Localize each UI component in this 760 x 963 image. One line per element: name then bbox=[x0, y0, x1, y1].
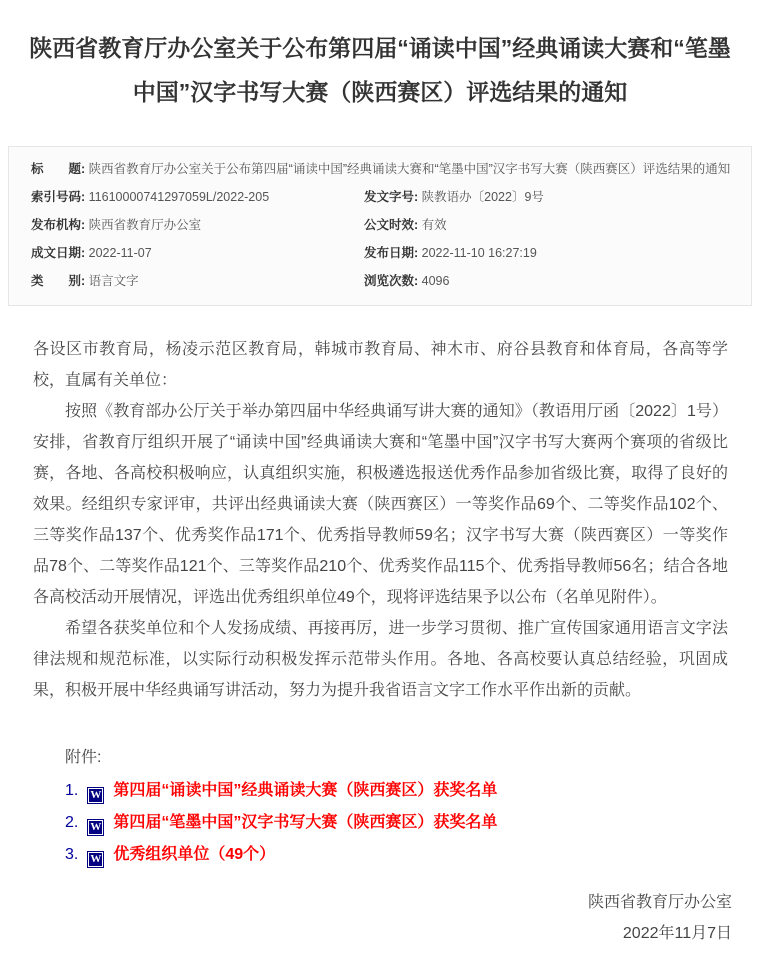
meta-value-title: 陕西省教育厅办公室关于公布第四届“诵读中国”经典诵读大赛和“笔墨中国”汉字书写大… bbox=[89, 162, 731, 176]
meta-label-doc-number: 发文字号: bbox=[364, 190, 418, 204]
meta-value-written-date: 2022-11-07 bbox=[89, 246, 152, 260]
body-paragraph-results: 按照《教育部办公厅关于举办第四届中华经典诵写讲大赛的通知》（教语用厅函〔2022… bbox=[33, 396, 728, 613]
attachment-link-handwriting-winners[interactable]: 第四届“笔墨中国”汉字书写大赛（陕西赛区）获奖名单 bbox=[113, 814, 497, 831]
metadata-grid: 索引号码: 11610000741297059L/2022-205 发文字号: … bbox=[31, 183, 731, 295]
word-doc-icon: W bbox=[87, 851, 104, 868]
meta-value-index-code: 11610000741297059L/2022-205 bbox=[89, 190, 270, 204]
attachment-number: 3. bbox=[65, 846, 78, 863]
meta-label-issuing-org: 发布机构: bbox=[31, 218, 85, 232]
body-paragraph-hopes: 希望各获奖单位和个人发扬成绩、再接再厉，进一步学习贯彻、推广宣传国家通用语言文字… bbox=[33, 613, 728, 706]
meta-label-validity: 公文时效: bbox=[364, 218, 418, 232]
attachment-item: 3.W优秀组织单位（49个） bbox=[65, 839, 760, 871]
meta-row-category: 类 别: 语言文字 bbox=[31, 267, 364, 295]
attachment-number: 1. bbox=[65, 782, 78, 799]
meta-row-index-code: 索引号码: 11610000741297059L/2022-205 bbox=[31, 183, 364, 211]
attachments-list: 1.W第四届“诵读中国”经典诵读大赛（陕西赛区）获奖名单 2.W第四届“笔墨中国… bbox=[65, 775, 760, 871]
word-doc-icon: W bbox=[87, 819, 104, 836]
meta-row-doc-number: 发文字号: 陕教语办〔2022〕9号 bbox=[364, 183, 731, 211]
meta-label-category: 类 别: bbox=[31, 274, 85, 288]
meta-label-publish-date: 发布日期: bbox=[364, 246, 418, 260]
signature-org: 陕西省教育厅办公室 bbox=[0, 887, 732, 918]
meta-value-issuing-org: 陕西省教育厅办公室 bbox=[89, 218, 202, 232]
attachments-section: 附件: 1.W第四届“诵读中国”经典诵读大赛（陕西赛区）获奖名单 2.W第四届“… bbox=[65, 742, 760, 871]
attachment-link-excellent-organizations[interactable]: 优秀组织单位（49个） bbox=[113, 846, 275, 863]
meta-row-title: 标 题: 陕西省教育厅办公室关于公布第四届“诵读中国”经典诵读大赛和“笔墨中国”… bbox=[31, 155, 731, 183]
document-body: 各设区市教育局，杨凌示范区教育局，韩城市教育局、神木市、府谷县教育和体育局，各高… bbox=[33, 334, 728, 706]
attachment-number: 2. bbox=[65, 814, 78, 831]
meta-row-publish-date: 发布日期: 2022-11-10 16:27:19 bbox=[364, 239, 731, 267]
meta-label-index-code: 索引号码: bbox=[31, 190, 85, 204]
attachment-item: 2.W第四届“笔墨中国”汉字书写大赛（陕西赛区）获奖名单 bbox=[65, 807, 760, 839]
meta-row-validity: 公文时效: 有效 bbox=[364, 211, 731, 239]
meta-value-category: 语言文字 bbox=[89, 274, 139, 288]
meta-label-written-date: 成文日期: bbox=[31, 246, 85, 260]
meta-row-written-date: 成文日期: 2022-11-07 bbox=[31, 239, 364, 267]
meta-value-validity: 有效 bbox=[422, 218, 447, 232]
word-doc-icon: W bbox=[87, 787, 104, 804]
meta-row-issuing-org: 发布机构: 陕西省教育厅办公室 bbox=[31, 211, 364, 239]
meta-row-view-count: 浏览次数: 4096 bbox=[364, 267, 731, 295]
metadata-table: 标 题: 陕西省教育厅办公室关于公布第四届“诵读中国”经典诵读大赛和“笔墨中国”… bbox=[8, 146, 752, 306]
document-page: 陕西省教育厅办公室关于公布第四届“诵读中国”经典诵读大赛和“笔墨中国”汉字书写大… bbox=[0, 26, 760, 963]
meta-value-doc-number: 陕教语办〔2022〕9号 bbox=[422, 190, 544, 204]
body-paragraph-salutation: 各设区市教育局，杨凌示范区教育局，韩城市教育局、神木市、府谷县教育和体育局，各高… bbox=[33, 334, 728, 396]
attachment-link-recitation-winners[interactable]: 第四届“诵读中国”经典诵读大赛（陕西赛区）获奖名单 bbox=[113, 782, 497, 799]
page-title: 陕西省教育厅办公室关于公布第四届“诵读中国”经典诵读大赛和“笔墨中国”汉字书写大… bbox=[28, 26, 732, 114]
meta-label-title: 标 题: bbox=[31, 162, 85, 176]
meta-value-view-count: 4096 bbox=[422, 274, 450, 288]
signature-block: 陕西省教育厅办公室 2022年11月7日 bbox=[0, 887, 732, 963]
attachment-item: 1.W第四届“诵读中国”经典诵读大赛（陕西赛区）获奖名单 bbox=[65, 775, 760, 807]
attachments-heading: 附件: bbox=[65, 742, 760, 773]
signature-date: 2022年11月7日 bbox=[0, 918, 732, 949]
meta-value-publish-date: 2022-11-10 16:27:19 bbox=[422, 246, 537, 260]
meta-label-view-count: 浏览次数: bbox=[364, 274, 418, 288]
